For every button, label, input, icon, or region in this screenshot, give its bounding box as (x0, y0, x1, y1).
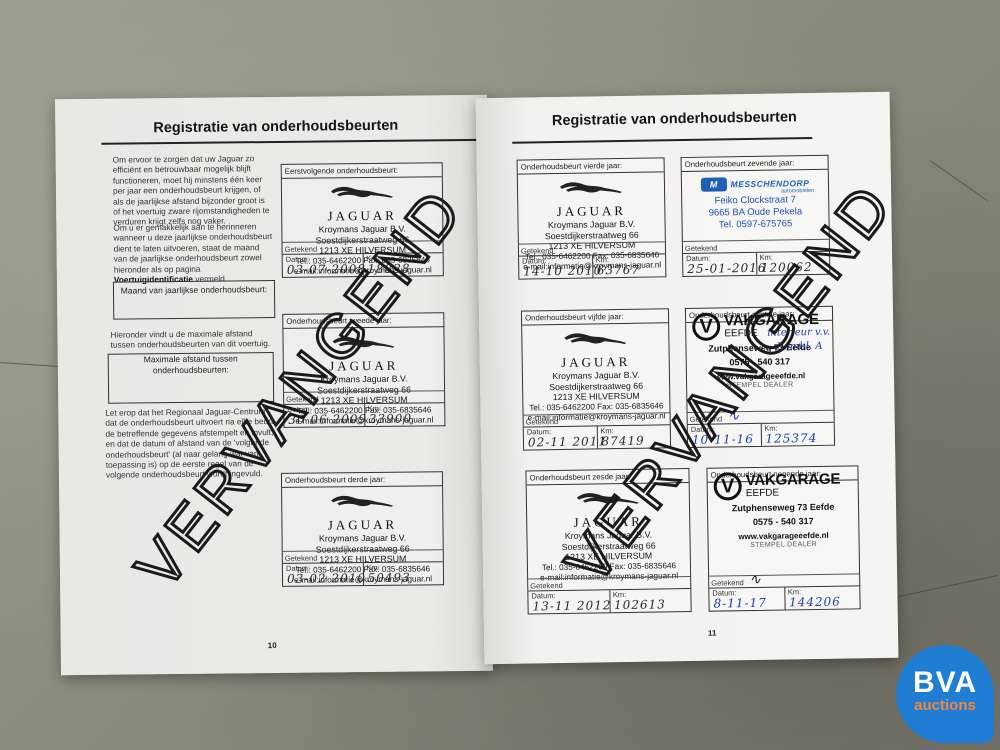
service-entry[interactable]: Onderhoudsbeurt derde jaar: JAGUAR Kroym… (281, 471, 444, 587)
intro-text-1: Om ervoor te zorgen dat uw Jaguar zo eff… (113, 153, 270, 227)
service-entry[interactable]: Onderhoudsbeurt negende jaar: V VAKGARAG… (706, 465, 860, 611)
dealer-street: Zutphenseweg 73 Eefde (708, 501, 858, 514)
km-value: 144206 (789, 595, 841, 610)
date-field[interactable]: Datum:13-11 2012 (528, 590, 609, 613)
date-value: 25-01-2016 (687, 261, 766, 276)
getekend-label: Getekend (285, 245, 318, 254)
page-title: Registratie van onderhoudsbeurten (552, 109, 797, 129)
date-value: 02-11 2011 (528, 434, 607, 449)
dealer-stamp: V VAKGARAGE EEFDE Zutphenseweg 73 Eefde … (707, 470, 858, 566)
messchendorp-badge-icon: M (700, 177, 726, 191)
date-field[interactable]: Datum:03-02 2010 (283, 563, 363, 586)
month-field-label: Maand van jaarlijkse onderhoudsbeurt: (114, 281, 274, 297)
vakgarage-brand: VAKGARAGE (746, 472, 841, 488)
dealer-stamp: JAGUAR Kroymans Jaguar B.V. Soestdijkers… (522, 323, 669, 415)
entry-heading: Onderhoudsbeurt zevende jaar: (682, 156, 828, 172)
vakgarage-location: EEFDE (746, 487, 841, 499)
floor-crack (930, 160, 988, 201)
dealer-phone: 0575 - 540 317 (708, 515, 858, 528)
jaguar-brand-text: JAGUAR (282, 516, 442, 534)
vakgarage-check-icon: V (692, 312, 720, 340)
date-value: 03-02 2010 (287, 571, 366, 586)
jaguar-leaper-icon (327, 491, 397, 512)
dealer-stamp: JAGUAR Kroymans Jaguar B.V. Soestdijkers… (518, 172, 665, 244)
bva-auctions-logo: BVA auctions (896, 645, 994, 743)
page-title: Registratie van onderhoudsbeurten (153, 118, 398, 137)
month-field-box[interactable]: Maand van jaarlijkse onderhoudsbeurt: (113, 280, 275, 320)
floor-crack (0, 362, 60, 367)
km-value: 63767 (597, 263, 640, 278)
title-divider (512, 137, 812, 144)
signature-line (709, 573, 859, 576)
bva-logo-text: BVA (896, 668, 994, 698)
km-value: 125374 (765, 431, 817, 446)
jaguar-leaper-icon (327, 182, 397, 203)
km-value: 33900 (369, 412, 412, 426)
vakgarage-check-icon: V (713, 472, 741, 500)
date-value: 14-10 2010 (523, 263, 602, 278)
date-field[interactable]: Datum:02-11 2011 (524, 426, 597, 449)
date-field[interactable]: Datum:8-11-17 (709, 588, 784, 611)
date-field[interactable]: Datum:25-01-2016 (683, 253, 756, 276)
jaguar-leaper-icon (556, 177, 626, 198)
km-field[interactable]: Km:50493 (362, 562, 443, 585)
stempel-dealer-label: STEMPEL DEALER (709, 540, 859, 549)
page-number: 11 (708, 629, 717, 638)
dealer-signature: ∿ (749, 572, 761, 588)
reminder-text: Om u er gemakkelijk aan te herinneren wa… (113, 221, 272, 274)
km-field[interactable]: Km:125374 (760, 423, 834, 446)
service-entry[interactable]: Onderhoudsbeurt vierde jaar: JAGUAR Kroy… (517, 157, 667, 279)
dealer-stamp: JAGUAR Kroymans Jaguar B.V. Soestdijkers… (282, 486, 443, 552)
reminder-paragraph: Om u er gemakkelijk aan te herinneren wa… (113, 221, 274, 285)
entry-fields: Datum:14-10 2010Km:63767 (519, 253, 665, 278)
distance-intro: Hieronder vindt u de maximale afstand tu… (110, 328, 276, 351)
date-field[interactable]: Datum:14-10 2010 (519, 255, 592, 278)
page-number: 10 (268, 641, 277, 650)
distance-field-label: Maximale afstand tussen onderhoudsbeurte… (109, 353, 273, 377)
jaguar-leaper-icon (560, 328, 630, 349)
entry-fields: Datum:8-11-17Km:144206 (709, 585, 859, 610)
km-field[interactable]: Km:33900 (364, 403, 445, 426)
entry-fields: Datum:03-02 2010Km:50493 (283, 561, 443, 586)
km-field[interactable]: Km:63767 (592, 254, 666, 277)
getekend-label: Getekend (285, 554, 318, 563)
date-value: 8-11-17 (713, 596, 767, 611)
date-value: 13-11 2012 (532, 598, 611, 613)
km-field[interactable]: Km:144206 (784, 586, 860, 609)
intro-paragraph: Om ervoor te zorgen dat uw Jaguar zo eff… (113, 153, 274, 228)
vakgarage-logo: V VAKGARAGE EEFDE (707, 470, 857, 500)
km-value: 50493 (367, 571, 410, 585)
bva-logo-subtext: auctions (896, 698, 994, 714)
km-value: 102613 (614, 597, 666, 612)
km-field[interactable]: Km:102613 (609, 589, 691, 612)
title-divider (101, 139, 479, 145)
floor-crack (880, 575, 998, 601)
booklet-page-right: Registratie van onderhoudsbeurten Onderh… (476, 92, 899, 664)
